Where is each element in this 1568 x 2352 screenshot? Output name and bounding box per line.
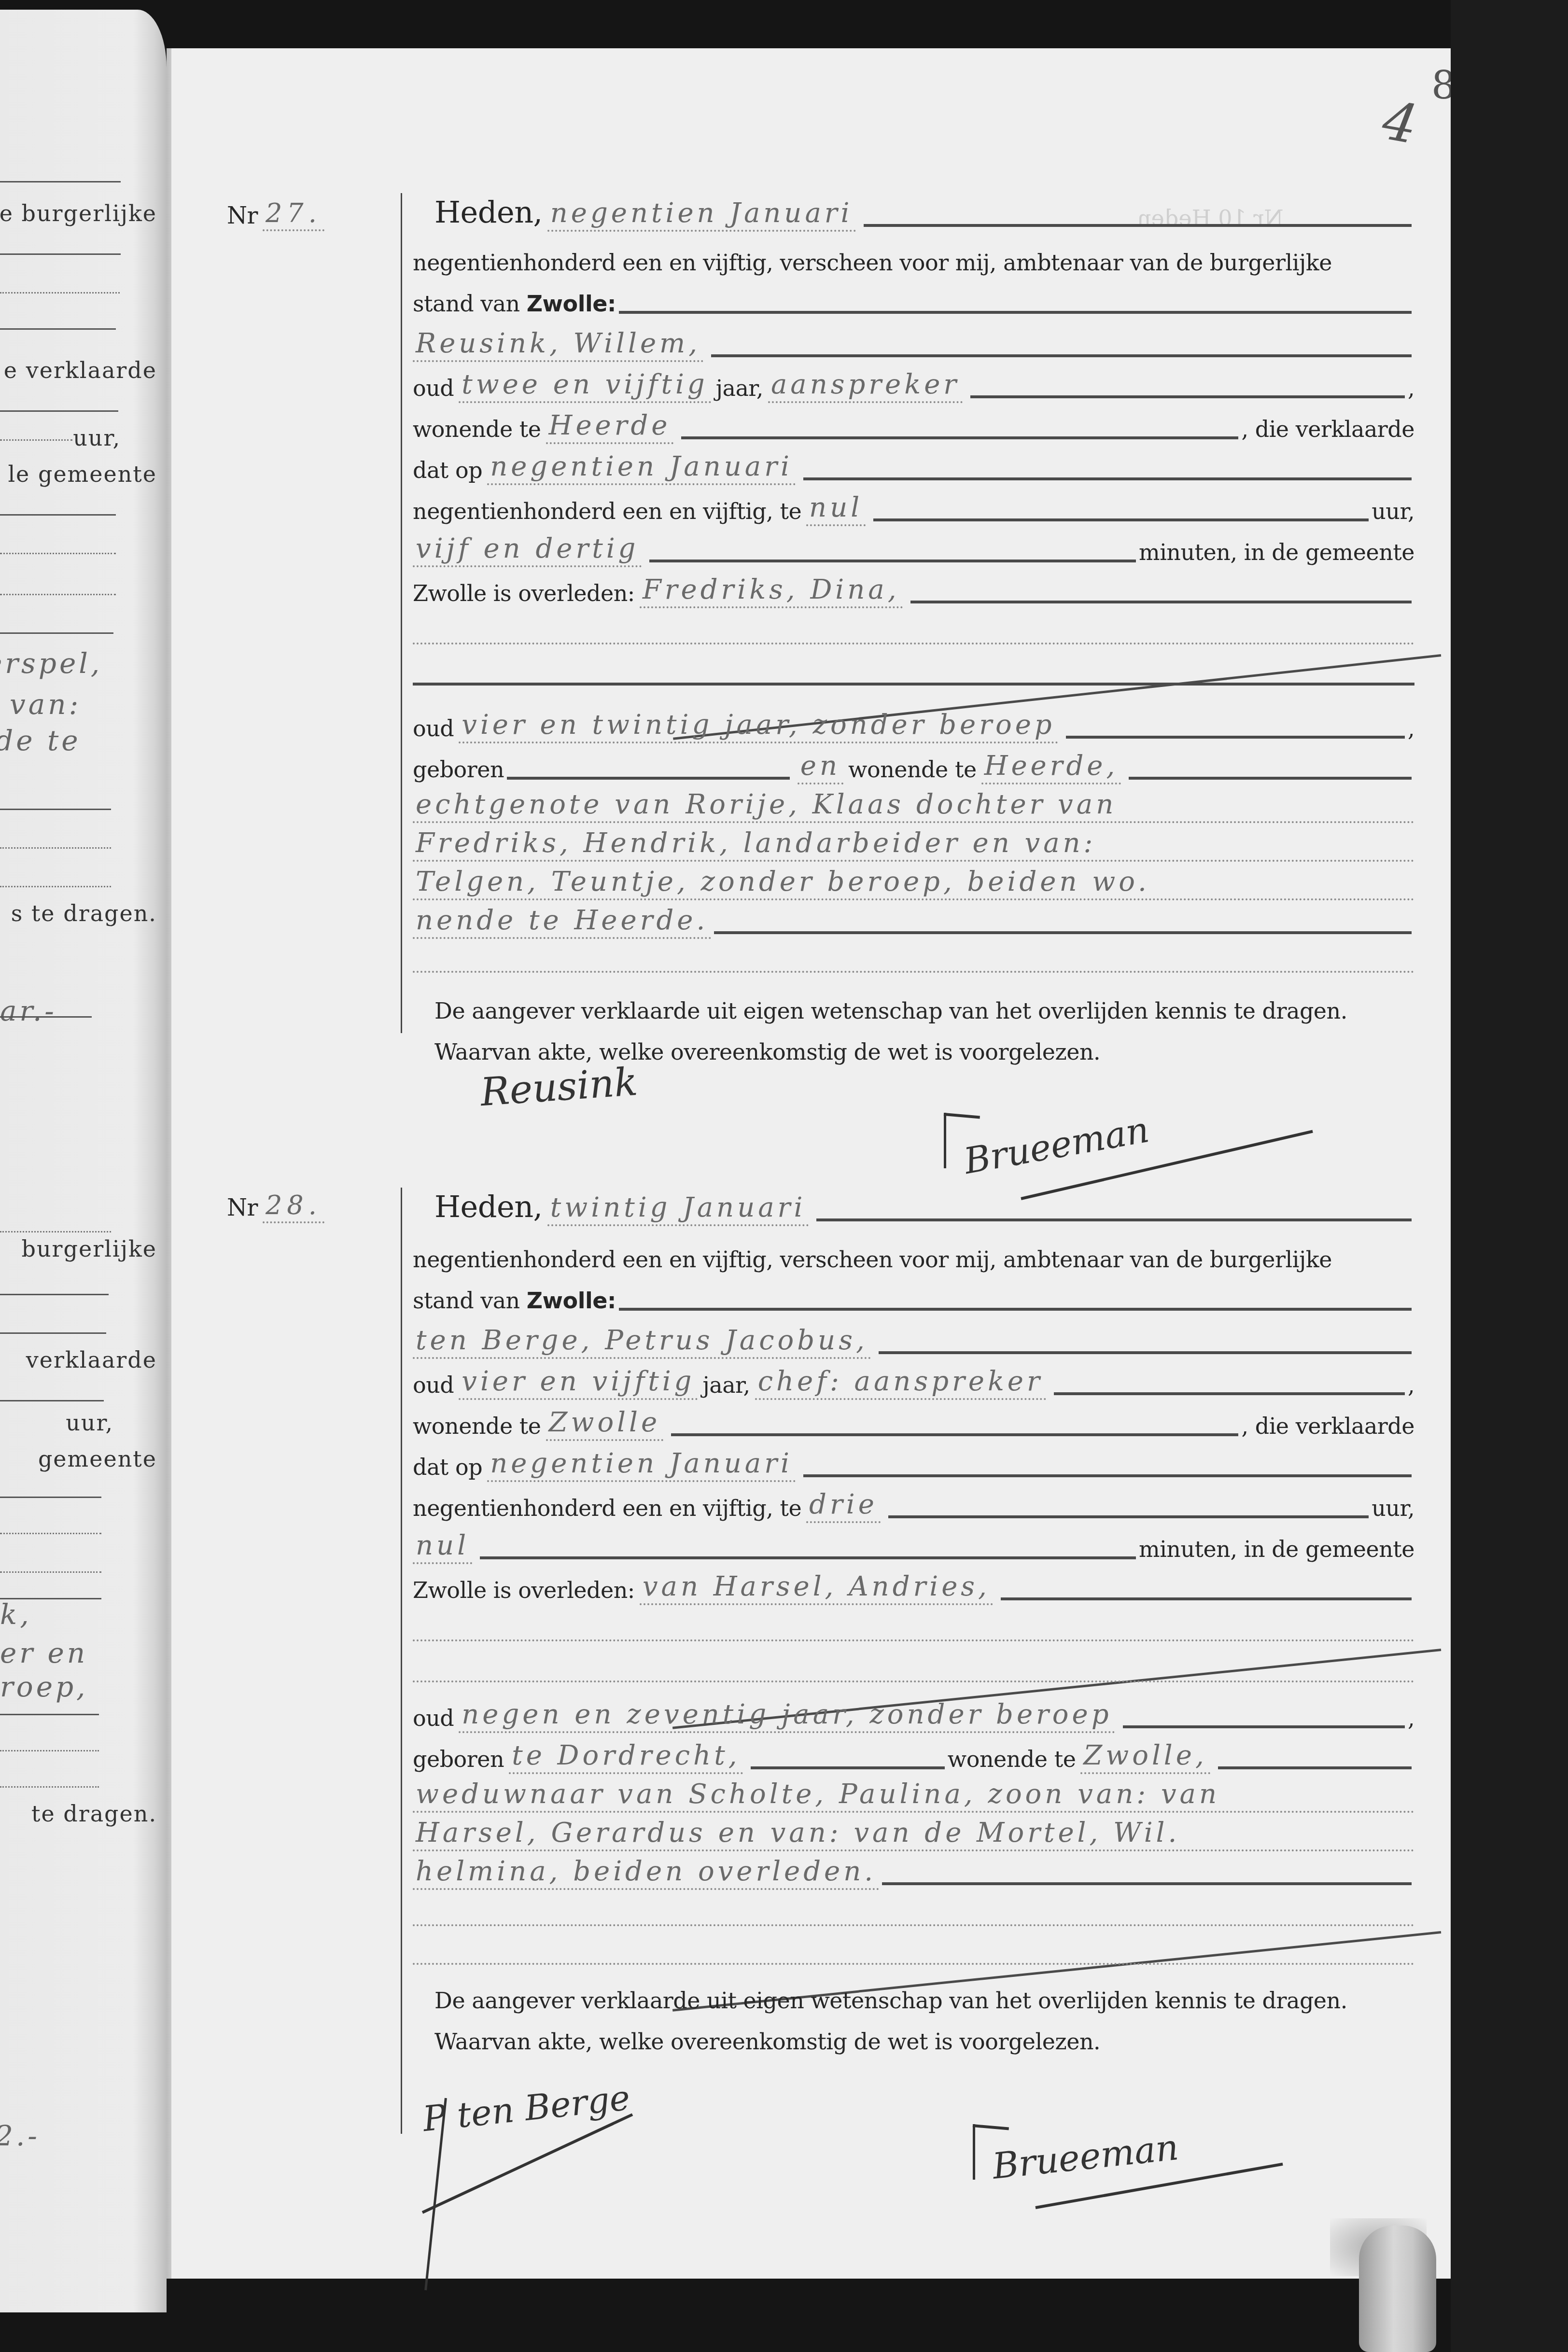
- left-printed-text: uur,: [73, 425, 121, 451]
- left-rule: [0, 886, 111, 887]
- death-minutes: nul: [413, 1530, 472, 1564]
- official-signature-stroke: [973, 2124, 1009, 2130]
- left-printed-text: le gemeente: [8, 461, 157, 487]
- left-rule: [0, 594, 116, 595]
- left-rule: [0, 1786, 99, 1788]
- deceased-age-occupation: negen en zeventig jaar, zonder beroep: [459, 1699, 1115, 1733]
- act28-line-declarant: ten Berge, Petrus Jacobus,: [413, 1320, 1414, 1359]
- deceased-birthplace: te Dordrecht,: [509, 1740, 743, 1774]
- left-rule: [0, 1400, 104, 1401]
- act28-line-wonende: wonende te Zwolle , die verklaarde: [413, 1402, 1414, 1441]
- left-rule: [0, 328, 116, 330]
- declarant-residence: Heerde: [546, 410, 674, 444]
- left-handwriting: 2.-: [0, 2119, 40, 2152]
- act28-line-blank: [413, 1649, 1414, 1687]
- act28-line-minuten: nul minuten, in de gemeente: [413, 1526, 1414, 1564]
- column-divider: [401, 193, 402, 1033]
- act-number-value: 28.: [263, 1190, 324, 1223]
- left-handwriting: ar.-: [0, 994, 57, 1027]
- official-signature-stroke: [944, 1113, 980, 1119]
- act-date: negentien Januari: [547, 197, 856, 232]
- scanner-background: [1451, 0, 1568, 2352]
- folio-pencil-number: 4: [1378, 89, 1422, 156]
- act27-detail-line: nende te Heerde.: [413, 900, 1414, 939]
- declarant-age: vier en vijftig: [459, 1366, 698, 1400]
- act28-closing-1: De aangever verklaarde uit eigen wetensc…: [434, 1977, 1414, 2016]
- official-signature: Brueeman: [961, 1109, 1152, 1182]
- act28-line-geboren: geboren te Dordrecht, wonende te Zwolle,: [413, 1736, 1414, 1774]
- act28-line-stand: stand van Zwolle:: [413, 1277, 1414, 1316]
- act28-line-blank: [413, 1892, 1414, 1931]
- act27-line-blank: [413, 652, 1414, 690]
- register-page: 4 8 Nr 10 Heden Nr 27. Heden, negentien …: [171, 48, 1451, 2279]
- act27-detail-line: Fredriks, Hendrik, landarbeider en van:: [413, 823, 1414, 862]
- left-printed-text: uur,: [66, 1410, 113, 1436]
- act27-line-oud: oud twee en vijftig jaar, aanspreker ,: [413, 364, 1414, 403]
- act28-line-2: negentienhonderd een en vijftig, versche…: [413, 1236, 1414, 1274]
- left-rule: [0, 292, 120, 294]
- left-rule: [0, 253, 121, 255]
- left-printed-text: e verklaarde: [4, 357, 157, 383]
- act27-line-wonende: wonende te Heerde , die verklaarde: [413, 406, 1414, 444]
- left-rule: [0, 410, 118, 412]
- left-rule: [0, 1750, 99, 1751]
- act28-detail-line: Harsel, Gerardus en van: van de Mortel, …: [413, 1813, 1414, 1851]
- official-signature: Brueeman: [991, 2127, 1181, 2187]
- act27-line-heden: Heden, negentien Januari: [413, 193, 1414, 232]
- act27-line-declarant: Reusink, Willem,: [413, 323, 1414, 362]
- left-handwriting: de te: [0, 724, 81, 757]
- deceased-age-occupation: vier en twintig jaar, zonder beroep: [459, 709, 1058, 743]
- left-printed-text: burgerlijke: [21, 1236, 157, 1262]
- left-rule: [0, 1497, 101, 1498]
- page-holder-clip: [1359, 2226, 1436, 2352]
- declarant-residence: Zwolle: [546, 1407, 664, 1441]
- death-date: negentien Januari: [487, 1448, 796, 1482]
- left-rule: [0, 553, 116, 554]
- official-signature-stroke: [973, 2124, 975, 2180]
- death-date: negentien Januari: [487, 451, 796, 485]
- act28-line-heden: Heden, twintig Januari: [413, 1188, 1414, 1226]
- act27-line-blank: [413, 611, 1414, 649]
- act-number: Nr 27.: [227, 198, 329, 231]
- declarant-signature: Reusink: [479, 1059, 639, 1115]
- declarant-name: ten Berge, Petrus Jacobus,: [413, 1325, 871, 1359]
- act28-line-uur: negentienhonderd een en vijftig, te drie…: [413, 1484, 1414, 1523]
- left-handwriting: van:: [10, 688, 81, 721]
- act27-line-minuten: vijf en dertig minuten, in de gemeente: [413, 529, 1414, 567]
- left-rule: [0, 1533, 101, 1534]
- death-hour: drie: [806, 1489, 881, 1523]
- death-hour: nul: [806, 492, 866, 526]
- left-rule: [0, 1016, 92, 1018]
- left-rule: [0, 1231, 111, 1232]
- act27-line-2: negentienhonderd een en vijftig, versche…: [413, 239, 1414, 278]
- act28-line-blank: [413, 1931, 1414, 1970]
- act28-detail-line: weduwnaar van Scholte, Paulina, zoon van…: [413, 1774, 1414, 1813]
- act28-closing-2: Waarvan akte, welke overeenkomstig de we…: [434, 2018, 1414, 2057]
- left-rule: [0, 1714, 99, 1715]
- declarant-name: Reusink, Willem,: [413, 328, 703, 362]
- act28-line-overleden: Zwolle is overleden: van Harsel, Andries…: [413, 1567, 1414, 1605]
- act27-line-uur: negentienhonderd een en vijftig, te nul …: [413, 488, 1414, 526]
- act28-line-deceased-age: oud negen en zeventig jaar, zonder beroe…: [413, 1694, 1414, 1733]
- deceased-residence: Zwolle,: [1080, 1740, 1210, 1774]
- column-divider: [401, 1188, 402, 2134]
- declarant-occupation: aanspreker: [768, 369, 963, 403]
- death-minutes: vijf en dertig: [413, 533, 642, 567]
- act27-closing-2: Waarvan akte, welke overeenkomstig de we…: [434, 1028, 1414, 1067]
- left-rule: [0, 809, 111, 810]
- act-number: Nr 28.: [227, 1190, 329, 1223]
- deceased-name: van Harsel, Andries,: [640, 1571, 993, 1605]
- declarant-occupation: chef: aanspreker: [755, 1366, 1046, 1400]
- left-rule: [0, 181, 121, 182]
- declarant-age: twee en vijftig: [459, 369, 711, 403]
- act28-line-blank: [413, 1608, 1414, 1646]
- act27-line-overleden: Zwolle is overleden: Fredriks, Dina,: [413, 570, 1414, 608]
- act27-detail-line: Telgen, Teuntje, zonder beroep, beiden w…: [413, 862, 1414, 900]
- act27-line-datop: dat op negentien Januari: [413, 447, 1414, 485]
- left-rule: [0, 1571, 101, 1573]
- act27-line-geboren: geboren en wonende te Heerde,: [413, 746, 1414, 784]
- left-rule: [0, 439, 72, 441]
- left-rule: [0, 1294, 109, 1295]
- act27-closing-1: De aangever verklaarde uit eigen wetensc…: [434, 987, 1414, 1026]
- left-page-edge: e burgerlijke e verklaarde uur, le gemee…: [0, 10, 167, 2312]
- act-date: twintig Januari: [547, 1192, 809, 1226]
- deceased-name: Fredriks, Dina,: [640, 574, 903, 608]
- act28-line-oud: oud vier en vijftig jaar, chef: aansprek…: [413, 1361, 1414, 1400]
- left-printed-text: s te dragen.: [11, 900, 157, 926]
- official-signature-stroke: [944, 1113, 946, 1168]
- left-rule: [0, 514, 116, 516]
- left-printed-text: te dragen.: [31, 1801, 157, 1827]
- act27-line-deceased-age: oud vier en twintig jaar, zonder beroep …: [413, 705, 1414, 743]
- act28-detail-line: helmina, beiden overleden.: [413, 1851, 1414, 1890]
- deceased-residence: Heerde,: [981, 750, 1121, 784]
- left-handwriting: roep,: [0, 1670, 88, 1703]
- left-rule: [0, 847, 111, 849]
- act-number-value: 27.: [263, 198, 324, 231]
- left-printed-text: e burgerlijke: [0, 200, 157, 226]
- act27-detail-line: echtgenote van Rorije, Klaas dochter van: [413, 784, 1414, 823]
- left-rule: [0, 632, 113, 634]
- left-printed-text: verklaarde: [26, 1347, 157, 1373]
- left-rule: [0, 1332, 106, 1334]
- left-printed-text: gemeente: [38, 1446, 157, 1472]
- left-handwriting: erspel,: [0, 647, 102, 680]
- left-handwriting: er en: [0, 1637, 88, 1669]
- act27-line-blank: [413, 939, 1414, 978]
- act27-line-stand: stand van Zwolle:: [413, 280, 1414, 319]
- left-handwriting: k,: [0, 1598, 32, 1631]
- act28-line-datop: dat op negentien Januari: [413, 1443, 1414, 1482]
